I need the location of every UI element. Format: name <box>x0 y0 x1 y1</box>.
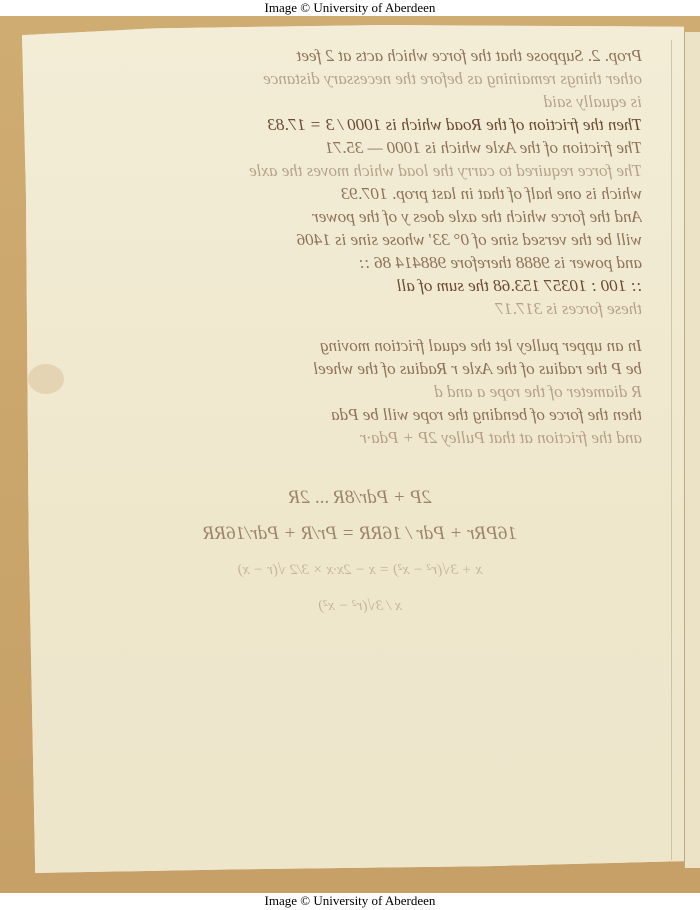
equation: x / 3√(r² − x²) <box>120 588 600 624</box>
manuscript-line: will be the versed sine of 0° 33' whose … <box>30 228 642 251</box>
manuscript-line: and the friction at that Pulley 2P + Pda… <box>30 426 642 449</box>
handwritten-text: Prop. 2. Suppose that the force which ac… <box>30 44 642 449</box>
manuscript-line: Then the friction of the Road which is 1… <box>30 113 642 136</box>
manuscript-line: Prop. 2. Suppose that the force which ac… <box>30 44 642 67</box>
manuscript-line: is equally said <box>30 90 642 113</box>
manuscript-line: these forces is 317.17 <box>30 297 642 320</box>
manuscript-line: and power is 9888 therefore 988414 86 :: <box>30 251 642 274</box>
manuscript-line: R diameter of the rope a and d <box>30 380 642 403</box>
copyright-caption-top: Image © University of Aberdeen <box>0 0 700 16</box>
manuscript-line: other things remaining as before the nec… <box>30 67 642 90</box>
copyright-caption-bottom: Image © University of Aberdeen <box>0 893 700 909</box>
manuscript-line: And the force which the axle does y of t… <box>30 205 642 228</box>
equation: 16PRr + Pdr / 16RR = Pr/R + Pdr/16RR <box>120 516 600 552</box>
manuscript-line: The friction of the Axle which is 1000 —… <box>30 136 642 159</box>
folded-page-edge <box>684 32 700 868</box>
manuscript-line: which is one half of that in last prop. … <box>30 182 642 205</box>
manuscript-line: :: 100 : 10357 153.68 the sum of all <box>30 274 642 297</box>
manuscript-line: be P the radius of the Axle r Radius of … <box>30 357 642 380</box>
equation: 2P + Pdr/8R ... 2R <box>120 480 600 516</box>
page-fold-line <box>671 40 672 860</box>
equation: x + 3√(r² − x²) = x − 2x·x × 3/2 √(r − x… <box>120 552 600 588</box>
manuscript-line: The force required to carry the load whi… <box>30 159 642 182</box>
equation-block: 2P + Pdr/8R ... 2R 16PRr + Pdr / 16RR = … <box>120 480 600 624</box>
manuscript-line: In an upper pulley let the equal frictio… <box>30 334 642 357</box>
manuscript-line: then the force of bending the rope will … <box>30 403 642 426</box>
